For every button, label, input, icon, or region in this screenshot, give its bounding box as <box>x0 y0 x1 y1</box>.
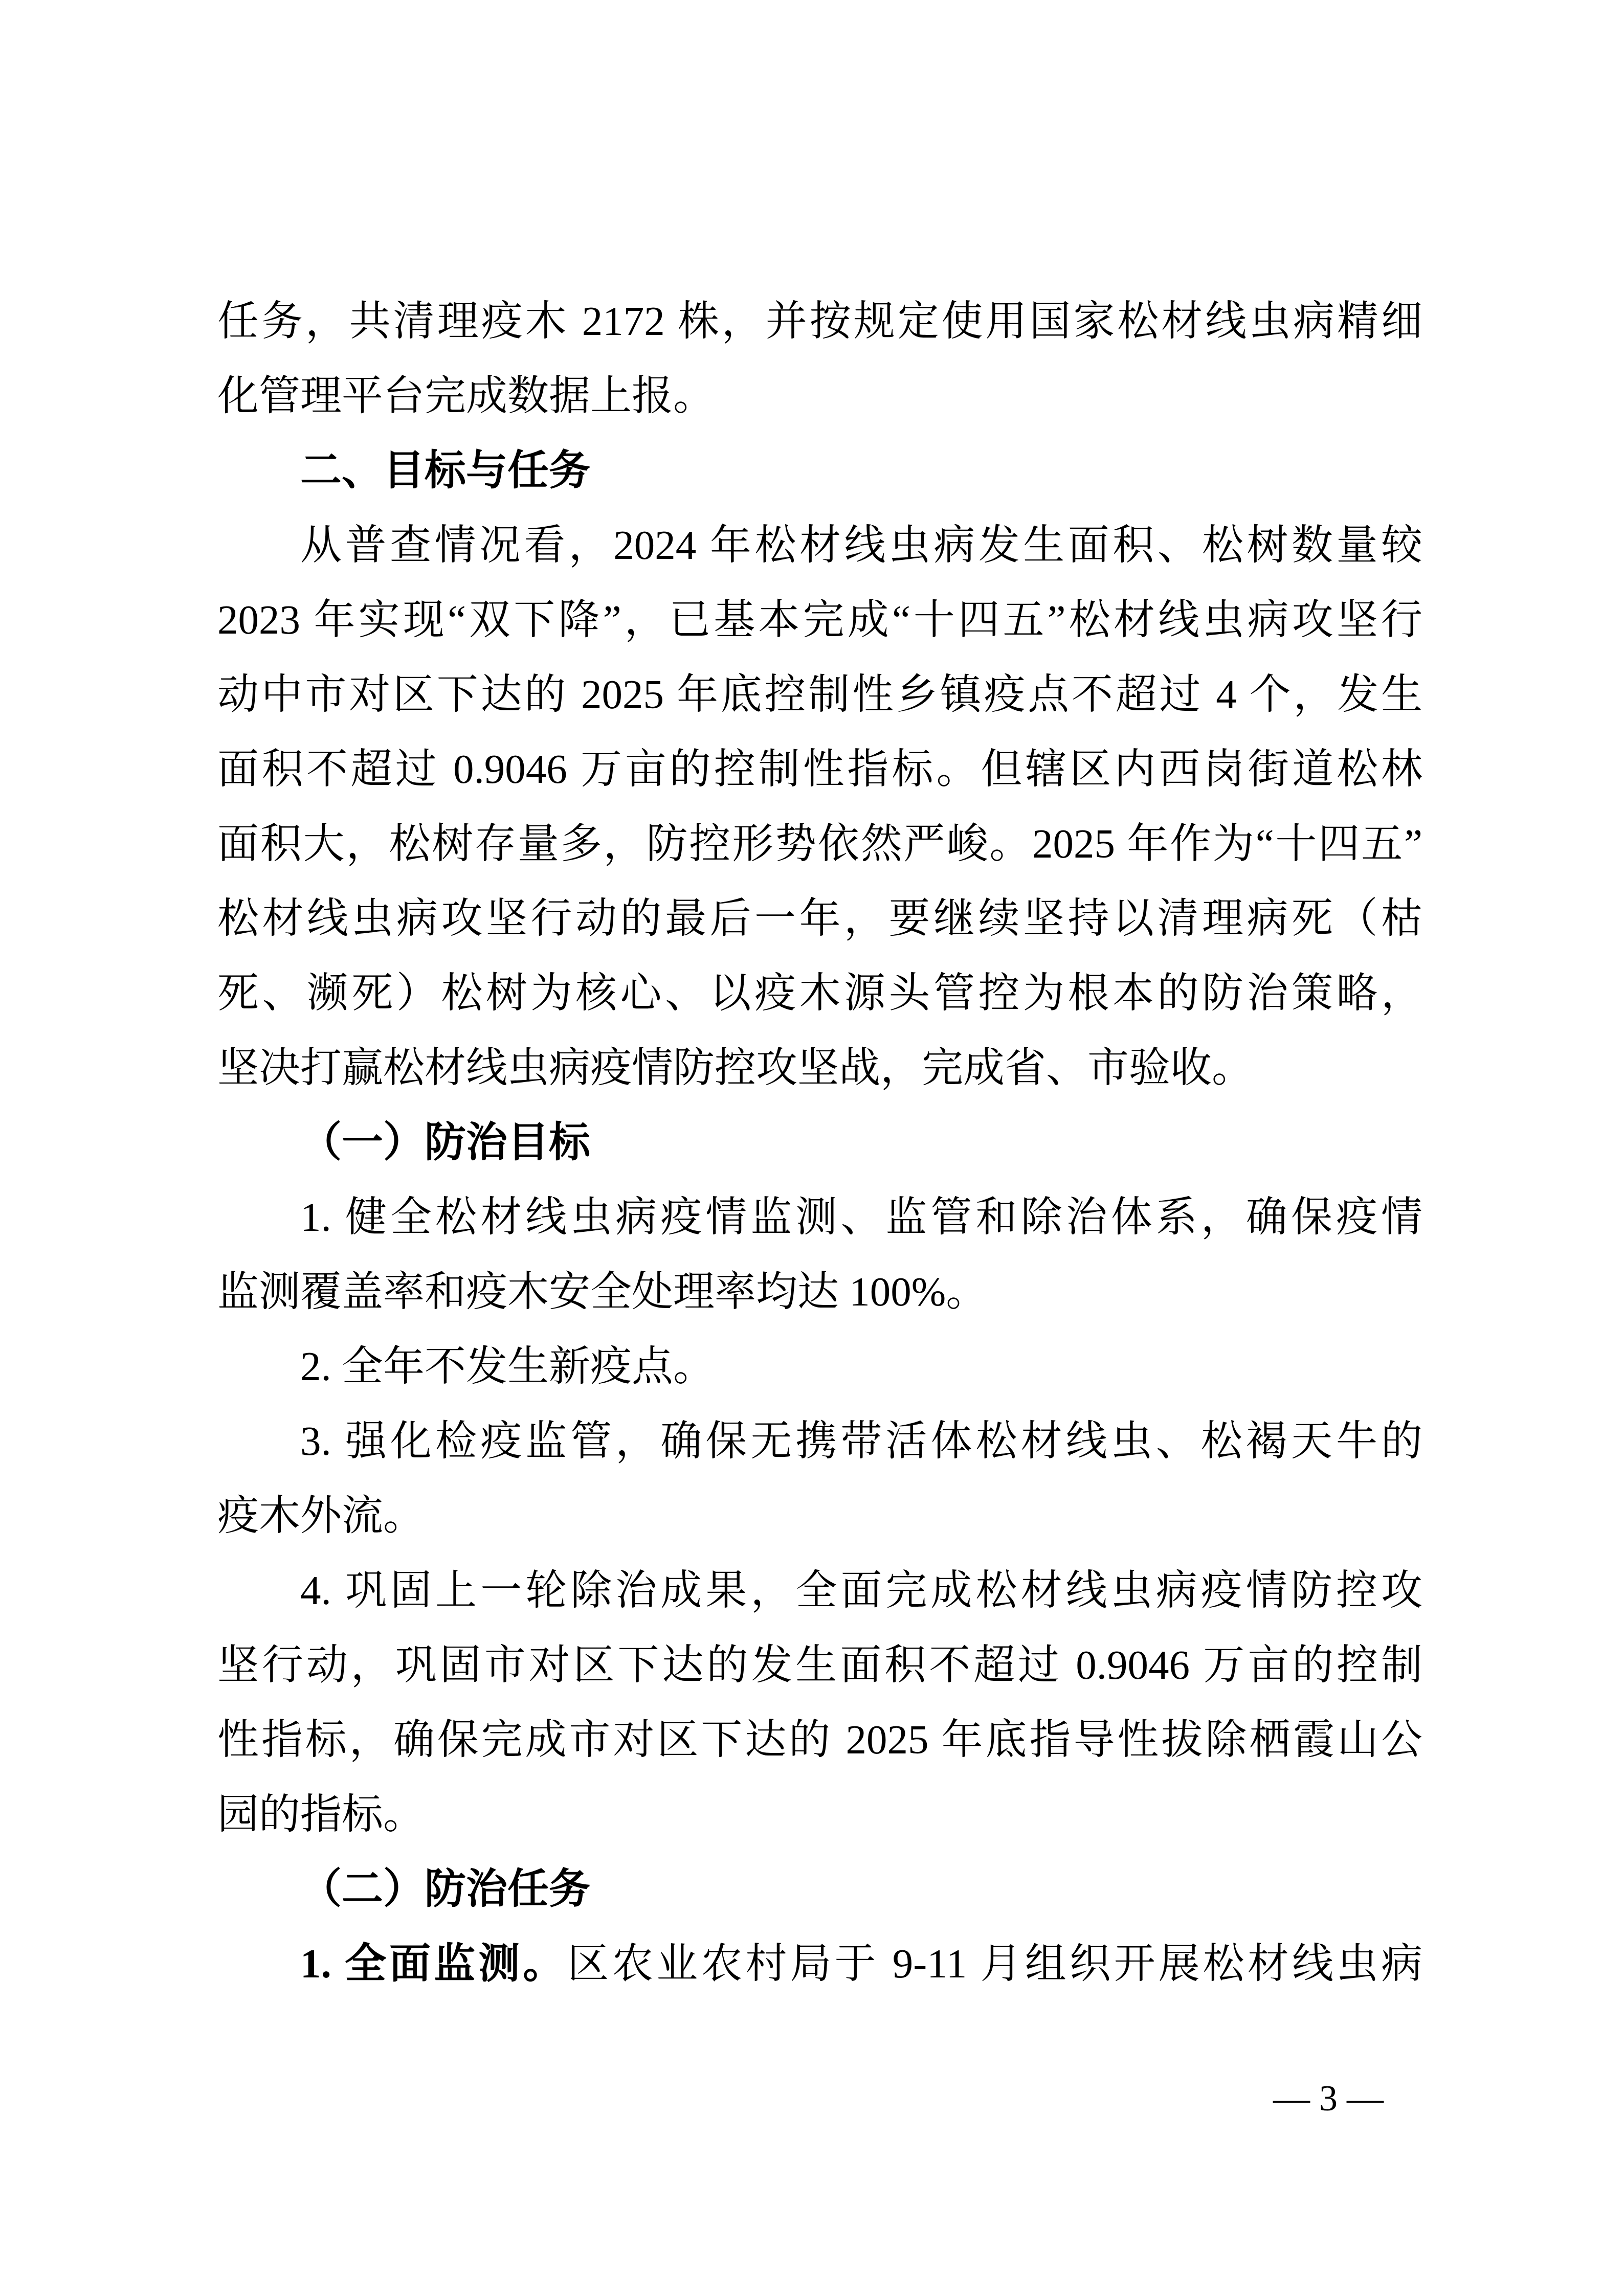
text-run: （一）防治目标 <box>300 1119 590 1165</box>
text-run: 2. 全年不发生新疫点。 <box>300 1343 715 1389</box>
text-run: 监测覆盖率和疫木安全处理率均达 100%。 <box>217 1269 987 1315</box>
text-line: 面积大，松树存量多，防控形势依然严峻。2025 年作为“十四五” <box>217 806 1422 881</box>
text-run: 1. 健全松材线虫病疫情监测、监管和除治体系，确保疫情 <box>300 1194 1422 1240</box>
text-run: 坚决打赢松材线虫病疫情防控攻坚战，完成省、市验收。 <box>217 1045 1253 1091</box>
text-run: 死、濒死）松树为核心、以疫木源头管控为根本的防治策略， <box>217 970 1422 1016</box>
text-line: 1. 健全松材线虫病疫情监测、监管和除治体系，确保疫情 <box>217 1180 1422 1254</box>
page-number: — 3 — <box>1273 2075 1384 2121</box>
text-line: 坚决打赢松材线虫病疫情防控攻坚战，完成省、市验收。 <box>217 1030 1422 1105</box>
text-run: 面积大，松树存量多，防控形势依然严峻。2025 年作为“十四五” <box>217 821 1422 867</box>
text-run: 4. 巩固上一轮除治成果，全面完成松材线虫病疫情防控攻 <box>300 1567 1422 1613</box>
text-run: 二、目标与任务 <box>300 447 590 493</box>
text-run: 疫木外流。 <box>217 1493 425 1539</box>
text-line: 坚行动，巩固市对区下达的发生面积不超过 0.9046 万亩的控制 <box>217 1628 1422 1702</box>
text-line: 从普查情况看，2024 年松材线虫病发生面积、松树数量较 <box>217 508 1422 582</box>
text-line: 化管理平台完成数据上报。 <box>217 358 1422 433</box>
text-line: 死、濒死）松树为核心、以疫木源头管控为根本的防治策略， <box>217 956 1422 1030</box>
section-heading: （二）防治任务 <box>217 1852 1422 1926</box>
text-run: 动中市对区下达的 2025 年底控制性乡镇疫点不超过 4 个，发生 <box>217 671 1422 717</box>
text-run: 化管理平台完成数据上报。 <box>217 373 715 419</box>
text-line: 面积不超过 0.9046 万亩的控制性指标。但辖区内西岗街道松林 <box>217 732 1422 806</box>
text-run: 2023 年实现“双下降”，已基本完成“十四五”松材线虫病攻坚行 <box>217 597 1422 643</box>
text-line: 园的指标。 <box>217 1777 1422 1852</box>
text-line: 性指标，确保完成市对区下达的 2025 年底指导性拔除栖霞山公 <box>217 1702 1422 1777</box>
text-run: 园的指标。 <box>217 1791 425 1837</box>
text-line: 4. 巩固上一轮除治成果，全面完成松材线虫病疫情防控攻 <box>217 1553 1422 1628</box>
text-run: 坚行动，巩固市对区下达的发生面积不超过 0.9046 万亩的控制 <box>217 1642 1422 1688</box>
text-run: 3. 强化检疫监管，确保无携带活体松材线虫、松褐天牛的 <box>300 1418 1422 1464</box>
text-run: （二）防治任务 <box>300 1866 590 1912</box>
text-line: 动中市对区下达的 2025 年底控制性乡镇疫点不超过 4 个，发生 <box>217 657 1422 732</box>
document-content: 任务，共清理疫木 2172 株，并按规定使用国家松材线虫病精细化管理平台完成数据… <box>217 284 1422 2001</box>
text-run: 任务，共清理疫木 2172 株，并按规定使用国家松材线虫病精细 <box>217 298 1422 344</box>
text-line: 疫木外流。 <box>217 1478 1422 1553</box>
document-page: 任务，共清理疫木 2172 株，并按规定使用国家松材线虫病精细化管理平台完成数据… <box>0 0 1624 2296</box>
text-line: 2. 全年不发生新疫点。 <box>217 1329 1422 1404</box>
section-heading: （一）防治目标 <box>217 1105 1422 1180</box>
bold-run: 1. 全面监测。 <box>300 1941 567 1987</box>
text-line: 松材线虫病攻坚行动的最后一年，要继续坚持以清理病死（枯 <box>217 881 1422 956</box>
text-line: 监测覆盖率和疫木安全处理率均达 100%。 <box>217 1254 1422 1329</box>
text-run: 面积不超过 0.9046 万亩的控制性指标。但辖区内西岗街道松林 <box>217 746 1422 792</box>
text-line: 2023 年实现“双下降”，已基本完成“十四五”松材线虫病攻坚行 <box>217 582 1422 657</box>
text-run: 从普查情况看，2024 年松材线虫病发生面积、松树数量较 <box>300 522 1422 568</box>
section-heading: 二、目标与任务 <box>217 433 1422 508</box>
text-line: 任务，共清理疫木 2172 株，并按规定使用国家松材线虫病精细 <box>217 284 1422 358</box>
text-run: 松材线虫病攻坚行动的最后一年，要继续坚持以清理病死（枯 <box>217 895 1422 941</box>
text-line: 1. 全面监测。区农业农村局于 9-11 月组织开展松材线虫病 <box>217 1926 1422 2001</box>
text-run: 区农业农村局于 9-11 月组织开展松材线虫病 <box>567 1941 1422 1987</box>
text-run: 性指标，确保完成市对区下达的 2025 年底指导性拔除栖霞山公 <box>217 1717 1422 1763</box>
text-line: 3. 强化检疫监管，确保无携带活体松材线虫、松褐天牛的 <box>217 1404 1422 1478</box>
